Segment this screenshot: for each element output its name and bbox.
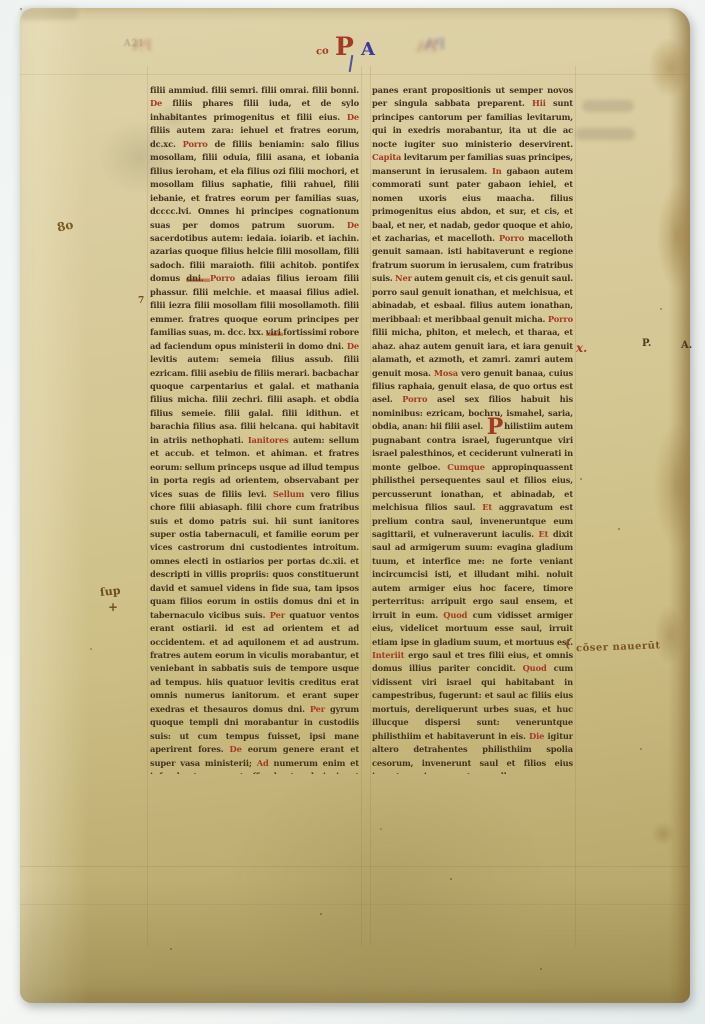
text-segment: Ner xyxy=(395,273,414,283)
text-segment: Et xyxy=(539,529,553,539)
left-margin-note-word: ſup xyxy=(99,584,121,599)
text-column-1: filii ammiud. filii semri. filii omrai. … xyxy=(150,84,359,774)
right-margin-letter-a: A. xyxy=(681,340,692,351)
bleedthrough-title-right: PA xyxy=(424,35,446,53)
manuscript-leaf: PA PA A21 co P A filii ammiud. filii sem… xyxy=(20,8,690,1003)
right-margin-letter-p: P. xyxy=(642,338,651,349)
text-segment: dni. xyxy=(186,273,210,283)
text-segment: filiis phares filii iuda, et de sylo inh… xyxy=(150,98,359,121)
text-segment: De xyxy=(347,341,359,351)
ruling-line xyxy=(575,66,576,946)
horizontal-crease xyxy=(20,904,690,905)
right-margin-pencil-smudge xyxy=(582,100,634,112)
photo-background: PA PA A21 co P A filii ammiud. filii sem… xyxy=(0,0,705,1024)
running-title-letter-a: A xyxy=(361,39,376,60)
text-segment: Quod xyxy=(443,610,472,620)
text-segment: cum vidissent viri israel qui habitabant… xyxy=(372,663,573,740)
text-segment: Porro xyxy=(210,273,241,283)
text-segment: De xyxy=(347,220,359,230)
text-segment: Capita xyxy=(372,152,404,162)
correction-note: cōser nauerūt xyxy=(576,639,705,655)
text-segment: Porro xyxy=(402,394,437,404)
text-segment: Porro xyxy=(499,233,528,243)
text-segment: Porro xyxy=(548,314,573,324)
ruling-line xyxy=(370,66,371,946)
text-segment: De xyxy=(230,744,248,754)
text-segment: Ianitores xyxy=(248,435,293,445)
left-margin-tironian-mark: 7 xyxy=(138,296,144,306)
text-segment: viri xyxy=(266,327,283,337)
text-segment: filii ammiud. filii semri. filii omrai. … xyxy=(150,85,359,95)
text-segment: In xyxy=(492,166,507,176)
text-segment: gabaon autem commorati sunt pater gabaon… xyxy=(372,166,573,243)
chapter-number-mark: x. xyxy=(576,341,587,355)
pencil-shelfmark: A21 xyxy=(124,39,145,49)
text-column-2: panes erant propositionis ut semper novo… xyxy=(372,84,573,774)
text-segment: Sellum xyxy=(273,489,311,499)
text-segment: Mosa xyxy=(434,368,461,378)
text-segment: quatuor ventos erant ostiarii. id est ad… xyxy=(150,610,359,714)
left-margin-flourish: 8o xyxy=(56,217,75,234)
left-margin-faded-note xyxy=(20,8,78,20)
text-segment: de filiis beniamin: salo filius mosollam… xyxy=(150,139,359,216)
text-segment: Per xyxy=(270,610,290,620)
text-segment: De xyxy=(347,112,359,122)
text-segment: dixit saul ad armigerum suum: evagina gl… xyxy=(372,529,573,620)
horizontal-crease xyxy=(20,866,690,867)
text-segment: Interiit xyxy=(372,650,408,660)
text-segment: Et xyxy=(482,502,499,512)
text-segment: levitis autem: semeia filius assub. fili… xyxy=(150,354,359,445)
ruling-line xyxy=(361,66,362,946)
ruling-line xyxy=(147,66,148,946)
horizontal-crease xyxy=(20,74,690,75)
text-segment: Cumque xyxy=(447,462,492,472)
text-segment: Quod xyxy=(523,663,554,673)
text-segment: De xyxy=(150,98,172,108)
text-segment: vero filius chore filii abiasaph. filii … xyxy=(150,489,359,620)
text-segment: Per xyxy=(310,704,330,714)
running-title-prefix: co xyxy=(316,46,330,58)
left-margin-cross-mark: + xyxy=(108,600,118,614)
text-segment: Hii xyxy=(532,98,553,108)
text-segment: Ad xyxy=(257,758,274,768)
right-margin-pencil-smudge xyxy=(575,128,635,140)
text-segment: Porro xyxy=(183,139,215,149)
text-segment: Die xyxy=(529,731,548,741)
